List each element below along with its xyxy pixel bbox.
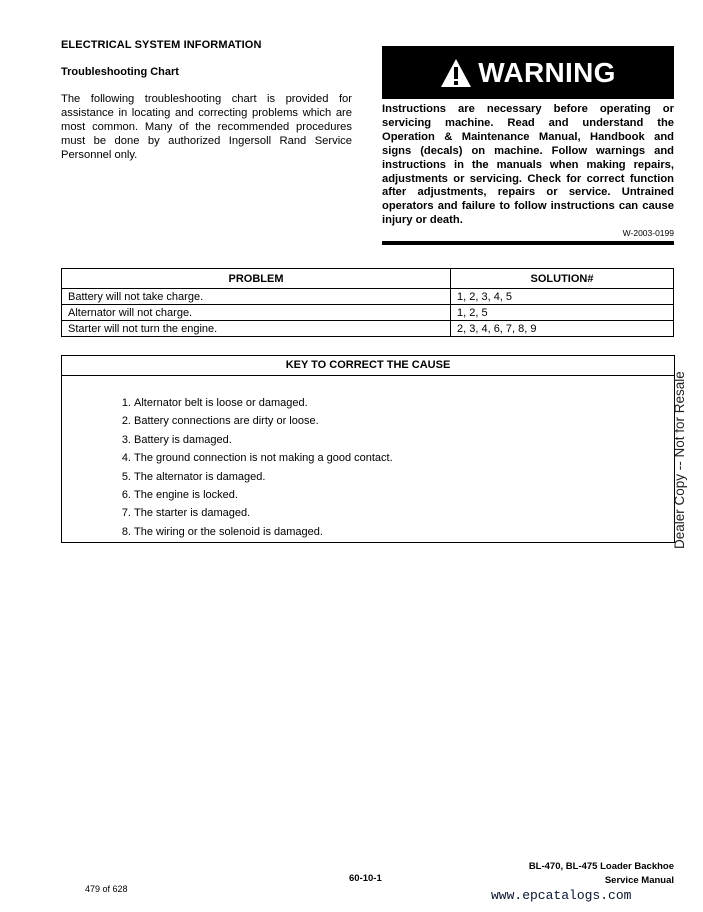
item-text: The alternator is damaged. <box>134 471 265 483</box>
header-solution: SOLUTION# <box>451 269 674 289</box>
table-row: Battery will not take charge.1, 2, 3, 4,… <box>62 289 674 305</box>
problem-cell: Starter will not turn the engine. <box>62 321 451 337</box>
problem-table: PROBLEM SOLUTION# Battery will not take … <box>61 268 674 337</box>
item-number: 2. <box>114 412 131 430</box>
item-number: 1. <box>114 394 131 412</box>
item-number: 5. <box>114 468 131 486</box>
item-number: 7. <box>114 504 131 522</box>
item-text: The engine is locked. <box>134 489 238 501</box>
item-text: The ground connection is not making a go… <box>134 452 393 464</box>
warning-label: WARNING <box>478 57 615 89</box>
list-item: 1.Alternator belt is loose or damaged. <box>114 394 393 412</box>
solution-cell: 1, 2, 3, 4, 5 <box>451 289 674 305</box>
item-text: Battery is damaged. <box>134 434 232 446</box>
item-number: 3. <box>114 431 131 449</box>
section-title: ELECTRICAL SYSTEM INFORMATION <box>61 39 262 51</box>
warning-text: Instructions are necessary before operat… <box>382 103 674 228</box>
item-text: The wiring or the solenoid is damaged. <box>134 526 323 538</box>
table-row: Starter will not turn the engine.2, 3, 4… <box>62 321 674 337</box>
item-text: The starter is damaged. <box>134 507 250 519</box>
item-text: Battery connections are dirty or loose. <box>134 415 319 427</box>
warning-rule <box>382 241 674 245</box>
list-item: 2.Battery connections are dirty or loose… <box>114 412 393 430</box>
key-box: KEY TO CORRECT THE CAUSE 1.Alternator be… <box>61 355 675 543</box>
problem-cell: Alternator will not charge. <box>62 305 451 321</box>
list-item: 4.The ground connection is not making a … <box>114 449 393 467</box>
item-number: 8. <box>114 523 131 541</box>
side-watermark: Dealer Copy -- Not for Resale <box>672 371 687 549</box>
warning-code: W-2003-0199 <box>382 228 674 238</box>
key-title: KEY TO CORRECT THE CAUSE <box>62 356 674 376</box>
table-row: Alternator will not charge.1, 2, 5 <box>62 305 674 321</box>
page-number: 60-10-1 <box>349 873 382 884</box>
warning-triangle-icon <box>440 58 472 88</box>
solution-cell: 1, 2, 5 <box>451 305 674 321</box>
list-item: 3.Battery is damaged. <box>114 431 393 449</box>
intro-paragraph: The following troubleshooting chart is p… <box>61 92 352 162</box>
header-problem: PROBLEM <box>62 269 451 289</box>
list-item: 7.The starter is damaged. <box>114 504 393 522</box>
warning-banner: WARNING <box>382 46 674 99</box>
key-list: 1.Alternator belt is loose or damaged.2.… <box>114 394 393 541</box>
list-item: 5.The alternator is damaged. <box>114 468 393 486</box>
manual-line-2: Service Manual <box>529 874 674 888</box>
list-item: 6.The engine is locked. <box>114 486 393 504</box>
subtitle: Troubleshooting Chart <box>61 66 179 78</box>
list-item: 8.The wiring or the solenoid is damaged. <box>114 523 393 541</box>
manual-line-1: BL-470, BL-475 Loader Backhoe <box>529 860 674 874</box>
item-text: Alternator belt is loose or damaged. <box>134 397 308 409</box>
item-number: 6. <box>114 486 131 504</box>
website-link[interactable]: www.epcatalogs.com <box>491 888 631 903</box>
page-count: 479 of 628 <box>85 884 128 894</box>
manual-name: BL-470, BL-475 Loader Backhoe Service Ma… <box>529 860 674 888</box>
solution-cell: 2, 3, 4, 6, 7, 8, 9 <box>451 321 674 337</box>
item-number: 4. <box>114 449 131 467</box>
problem-cell: Battery will not take charge. <box>62 289 451 305</box>
